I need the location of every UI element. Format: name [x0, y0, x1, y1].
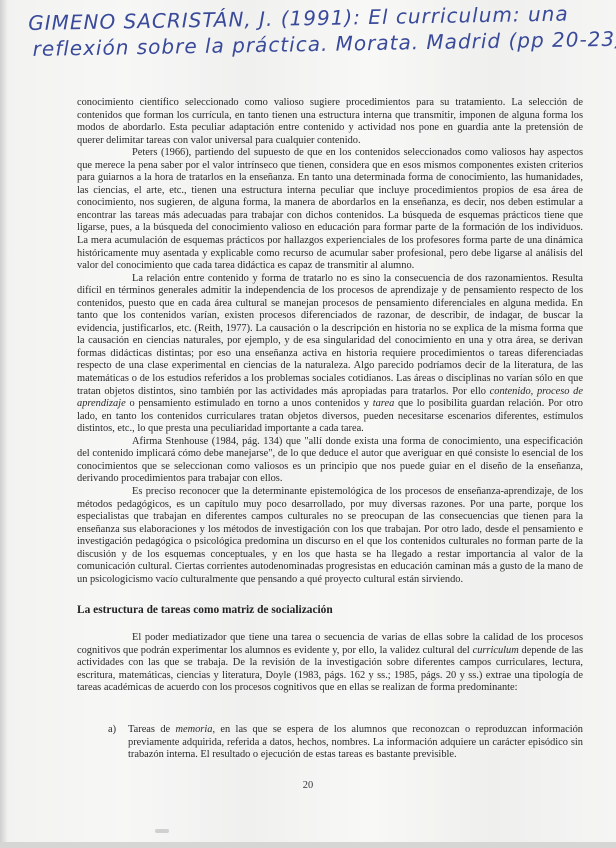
section-heading: La estructura de tareas como matriz de s…: [77, 604, 333, 616]
section-paragraph-1: El poder mediatizador que tiene una tare…: [77, 632, 583, 695]
paragraph-3-italic-2: tarea: [373, 398, 395, 409]
paragraph-5: Es preciso reconocer que la determinante…: [77, 486, 583, 586]
paragraph-3: La relación entre contenido y forma de t…: [77, 273, 583, 436]
list-item: a) Tareas de memoria, en las que se espe…: [108, 724, 583, 762]
list-item-italic: memoria: [175, 724, 212, 735]
handwritten-citation: GIMENO SACRISTÁN, J. (1991): El curricul…: [28, 0, 609, 62]
paragraph-1: conocimiento científico seleccionado com…: [77, 97, 583, 147]
section-body: El poder mediatizador que tiene una tare…: [77, 632, 583, 695]
body-text: conocimiento científico seleccionado com…: [77, 97, 583, 586]
list-marker: a): [108, 724, 116, 737]
paragraph-4: Afirma Stenhouse (1984, pág. 134) que "a…: [77, 436, 583, 486]
scan-smudge: [155, 829, 169, 833]
paragraph-3-mid: o pensamiento estimulado en torno a unos…: [126, 398, 373, 409]
task-type-list: a) Tareas de memoria, en las que se espe…: [108, 724, 583, 762]
scanned-page: GIMENO SACRISTÁN, J. (1991): El curricul…: [0, 0, 616, 848]
page-number: 20: [0, 780, 616, 791]
paragraph-2: Peters (1966), partiendo del supuesto de…: [77, 147, 583, 272]
paragraph-3-start: La relación entre contenido y forma de t…: [77, 273, 583, 397]
section-paragraph-1-italic: curriculum: [473, 645, 519, 656]
list-item-text-start: Tareas de: [128, 724, 175, 735]
